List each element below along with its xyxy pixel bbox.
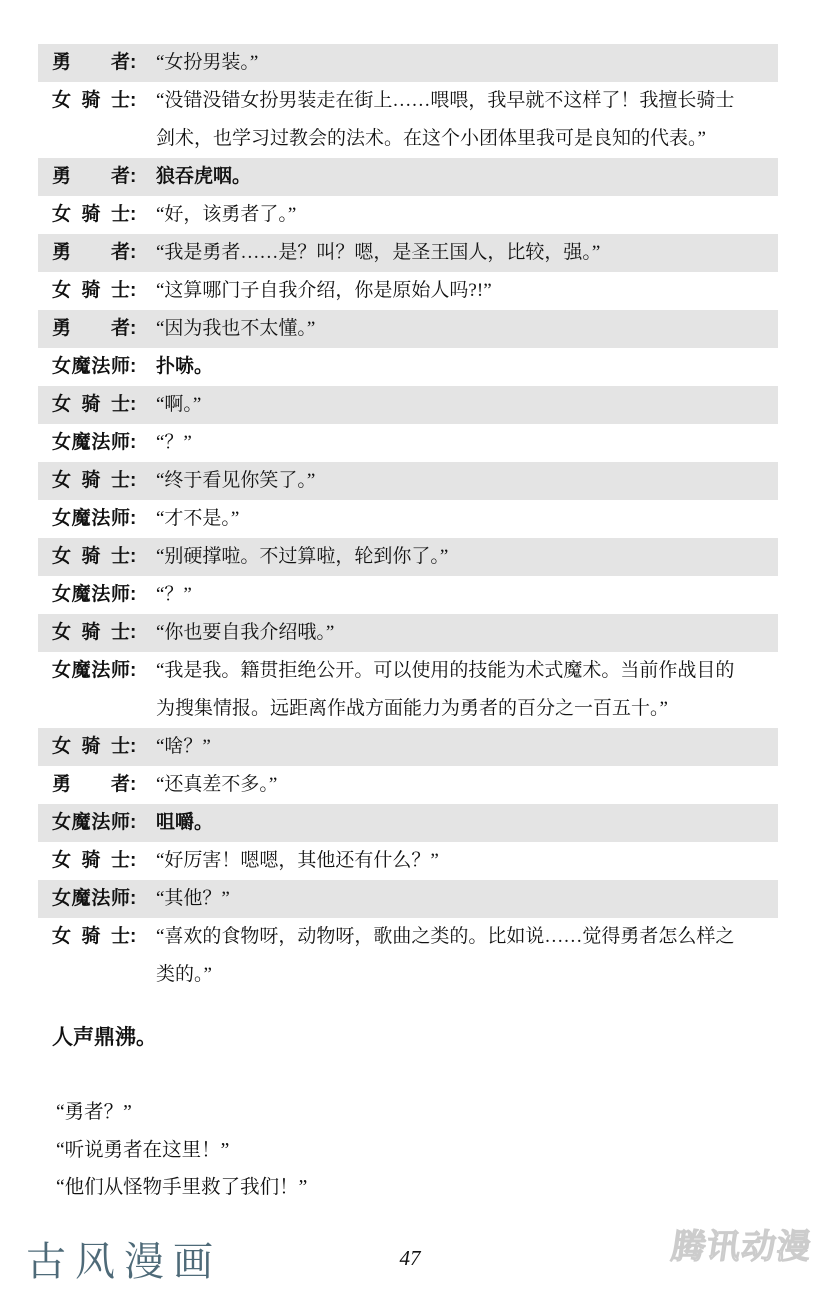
speaker-colon: : xyxy=(130,804,136,842)
speaker-label: 女魔法师: xyxy=(38,500,150,538)
speaker-colon: : xyxy=(130,82,136,120)
action-text: 咀嚼。 xyxy=(156,804,778,842)
dialogue-text: “其他？” xyxy=(156,880,778,918)
speaker-colon: : xyxy=(130,462,136,500)
speaker-name: 勇者 xyxy=(52,234,130,272)
speaker-colon: : xyxy=(130,424,136,462)
speaker-colon: : xyxy=(130,234,136,272)
dialogue-text: “这算哪门子自我介绍，你是原始人吗?!” xyxy=(156,272,778,310)
dialogue-row: 勇者:“我是勇者……是？叫？嗯，是圣王国人，比较，强。” xyxy=(38,234,778,272)
dialogue-row: 女骑士:“好，该勇者了。” xyxy=(38,196,778,234)
speaker-colon: : xyxy=(130,880,136,918)
speaker-colon: : xyxy=(130,386,136,424)
dialogue-row: 女骑士:“啊。” xyxy=(38,386,778,424)
speaker-colon: : xyxy=(130,614,136,652)
watermark-logo: 腾讯动漫 xyxy=(669,1219,816,1268)
speaker-colon: : xyxy=(130,918,136,956)
speaker-colon: : xyxy=(130,576,136,614)
speaker-label: 勇者: xyxy=(38,766,150,804)
speaker-label: 女骑士: xyxy=(38,538,150,576)
speaker-label: 女魔法师: xyxy=(38,348,150,386)
speaker-label: 女魔法师: xyxy=(38,652,150,690)
speaker-name: 勇者 xyxy=(52,310,130,348)
speaker-colon: : xyxy=(130,196,136,234)
speaker-name: 女骑士 xyxy=(52,196,130,234)
dialogue-text: “没错没错女扮男装走在街上……喂喂，我早就不这样了！我擅长骑士剑术，也学习过教会… xyxy=(156,82,778,158)
speaker-name: 女骑士 xyxy=(52,462,130,500)
dialogue-text: “终于看见你笑了。” xyxy=(156,462,778,500)
dialogue-row: 女魔法师:“其他？” xyxy=(38,880,778,918)
speaker-name: 女魔法师 xyxy=(52,348,130,386)
speaker-name: 女魔法师 xyxy=(52,576,130,614)
dialogue-text: “好，该勇者了。” xyxy=(156,196,778,234)
speaker-label: 女骑士: xyxy=(38,842,150,880)
dialogue-text: “因为我也不太懂。” xyxy=(156,310,778,348)
speaker-label: 女骑士: xyxy=(38,728,150,766)
speaker-name: 勇者 xyxy=(52,158,130,196)
dialogue-text: “女扮男装。” xyxy=(156,44,778,82)
speaker-colon: : xyxy=(130,348,136,386)
dialogue-row: 女骑士:“啥？” xyxy=(38,728,778,766)
speaker-name: 女骑士 xyxy=(52,918,130,956)
dialogue-row: 女骑士:“终于看见你笑了。” xyxy=(38,462,778,500)
crowd-lines: “勇者？” “听说勇者在这里！” “他们从怪物手里救了我们！” xyxy=(56,1094,307,1207)
dialogue-row: 女魔法师:“？” xyxy=(38,576,778,614)
crowd-line: “听说勇者在这里！” xyxy=(56,1132,307,1170)
speaker-colon: : xyxy=(130,728,136,766)
speaker-name: 女魔法师 xyxy=(52,424,130,462)
speaker-label: 女魔法师: xyxy=(38,880,150,918)
dialogue-text: “啊。” xyxy=(156,386,778,424)
speaker-label: 女骑士: xyxy=(38,614,150,652)
dialogue-row: 女魔法师:“才不是。” xyxy=(38,500,778,538)
dialogue-row: 勇者:“女扮男装。” xyxy=(38,44,778,82)
speaker-colon: : xyxy=(130,842,136,880)
speaker-colon: : xyxy=(130,538,136,576)
dialogue-text: “好厉害！嗯嗯，其他还有什么？” xyxy=(156,842,778,880)
speaker-name: 女骑士 xyxy=(52,82,130,120)
dialogue-row: 勇者:“还真差不多。” xyxy=(38,766,778,804)
speaker-colon: : xyxy=(130,766,136,804)
dialogue-list: 勇者:“女扮男装。”女骑士:“没错没错女扮男装走在街上……喂喂，我早就不这样了！… xyxy=(38,44,778,994)
speaker-name: 女骑士 xyxy=(52,728,130,766)
page: 勇者:“女扮男装。”女骑士:“没错没错女扮男装走在街上……喂喂，我早就不这样了！… xyxy=(0,0,820,1291)
dialogue-row: 女魔法师:“？” xyxy=(38,424,778,462)
speaker-label: 勇者: xyxy=(38,158,150,196)
dialogue-text: “喜欢的食物呀，动物呀，歌曲之类的。比如说……觉得勇者怎么样之类的。” xyxy=(156,918,778,994)
speaker-label: 女骑士: xyxy=(38,196,150,234)
dialogue-row: 女骑士:“没错没错女扮男装走在街上……喂喂，我早就不这样了！我擅长骑士剑术，也学… xyxy=(38,82,778,158)
speaker-label: 勇者: xyxy=(38,44,150,82)
speaker-name: 勇者 xyxy=(52,766,130,804)
dialogue-row: 勇者:狼吞虎咽。 xyxy=(38,158,778,196)
dialogue-text: “你也要自我介绍哦。” xyxy=(156,614,778,652)
speaker-colon: : xyxy=(130,310,136,348)
speaker-name: 女骑士 xyxy=(52,272,130,310)
dialogue-text: “？” xyxy=(156,424,778,462)
speaker-name: 女骑士 xyxy=(52,538,130,576)
dialogue-row: 女骑士:“好厉害！嗯嗯，其他还有什么？” xyxy=(38,842,778,880)
speaker-label: 女魔法师: xyxy=(38,804,150,842)
speaker-label: 女魔法师: xyxy=(38,576,150,614)
dialogue-row: 女骑士:“你也要自我介绍哦。” xyxy=(38,614,778,652)
speaker-name: 女骑士 xyxy=(52,842,130,880)
speaker-colon: : xyxy=(130,44,136,82)
speaker-colon: : xyxy=(130,272,136,310)
dialogue-text: “还真差不多。” xyxy=(156,766,778,804)
action-text: 狼吞虎咽。 xyxy=(156,158,778,196)
speaker-label: 女魔法师: xyxy=(38,424,150,462)
speaker-name: 女骑士 xyxy=(52,614,130,652)
dialogue-row: 女魔法师:“我是我。籍贯拒绝公开。可以使用的技能为术式魔术。当前作战目的为搜集情… xyxy=(38,652,778,728)
speaker-name: 女魔法师 xyxy=(52,804,130,842)
speaker-name: 女魔法师 xyxy=(52,500,130,538)
speaker-name: 勇者 xyxy=(52,44,130,82)
speaker-colon: : xyxy=(130,500,136,538)
speaker-colon: : xyxy=(130,652,136,690)
speaker-label: 女骑士: xyxy=(38,462,150,500)
dialogue-text: “我是勇者……是？叫？嗯，是圣王国人，比较，强。” xyxy=(156,234,778,272)
speaker-name: 女魔法师 xyxy=(52,652,130,690)
dialogue-text: “才不是。” xyxy=(156,500,778,538)
speaker-name: 女魔法师 xyxy=(52,880,130,918)
dialogue-row: 女骑士:“这算哪门子自我介绍，你是原始人吗?!” xyxy=(38,272,778,310)
dialogue-text: “啥？” xyxy=(156,728,778,766)
speaker-colon: : xyxy=(130,158,136,196)
speaker-label: 女骑士: xyxy=(38,918,150,956)
speaker-label: 女骑士: xyxy=(38,82,150,120)
dialogue-text: “我是我。籍贯拒绝公开。可以使用的技能为术式魔术。当前作战目的为搜集情报。远距离… xyxy=(156,652,778,728)
crowd-line: “他们从怪物手里救了我们！” xyxy=(56,1169,307,1207)
dialogue-row: 勇者:“因为我也不太懂。” xyxy=(38,310,778,348)
dialogue-row: 女骑士:“喜欢的食物呀，动物呀，歌曲之类的。比如说……觉得勇者怎么样之类的。” xyxy=(38,918,778,994)
speaker-label: 勇者: xyxy=(38,310,150,348)
dialogue-text: “？” xyxy=(156,576,778,614)
speaker-label: 勇者: xyxy=(38,234,150,272)
scene-narration: 人声鼎沸。 xyxy=(52,1024,157,1052)
speaker-label: 女骑士: xyxy=(38,272,150,310)
dialogue-row: 女骑士:“别硬撑啦。不过算啦，轮到你了。” xyxy=(38,538,778,576)
action-text: 扑哧。 xyxy=(156,348,778,386)
dialogue-row: 女魔法师:扑哧。 xyxy=(38,348,778,386)
dialogue-row: 女魔法师:咀嚼。 xyxy=(38,804,778,842)
speaker-label: 女骑士: xyxy=(38,386,150,424)
dialogue-text: “别硬撑啦。不过算啦，轮到你了。” xyxy=(156,538,778,576)
speaker-name: 女骑士 xyxy=(52,386,130,424)
crowd-line: “勇者？” xyxy=(56,1094,307,1132)
